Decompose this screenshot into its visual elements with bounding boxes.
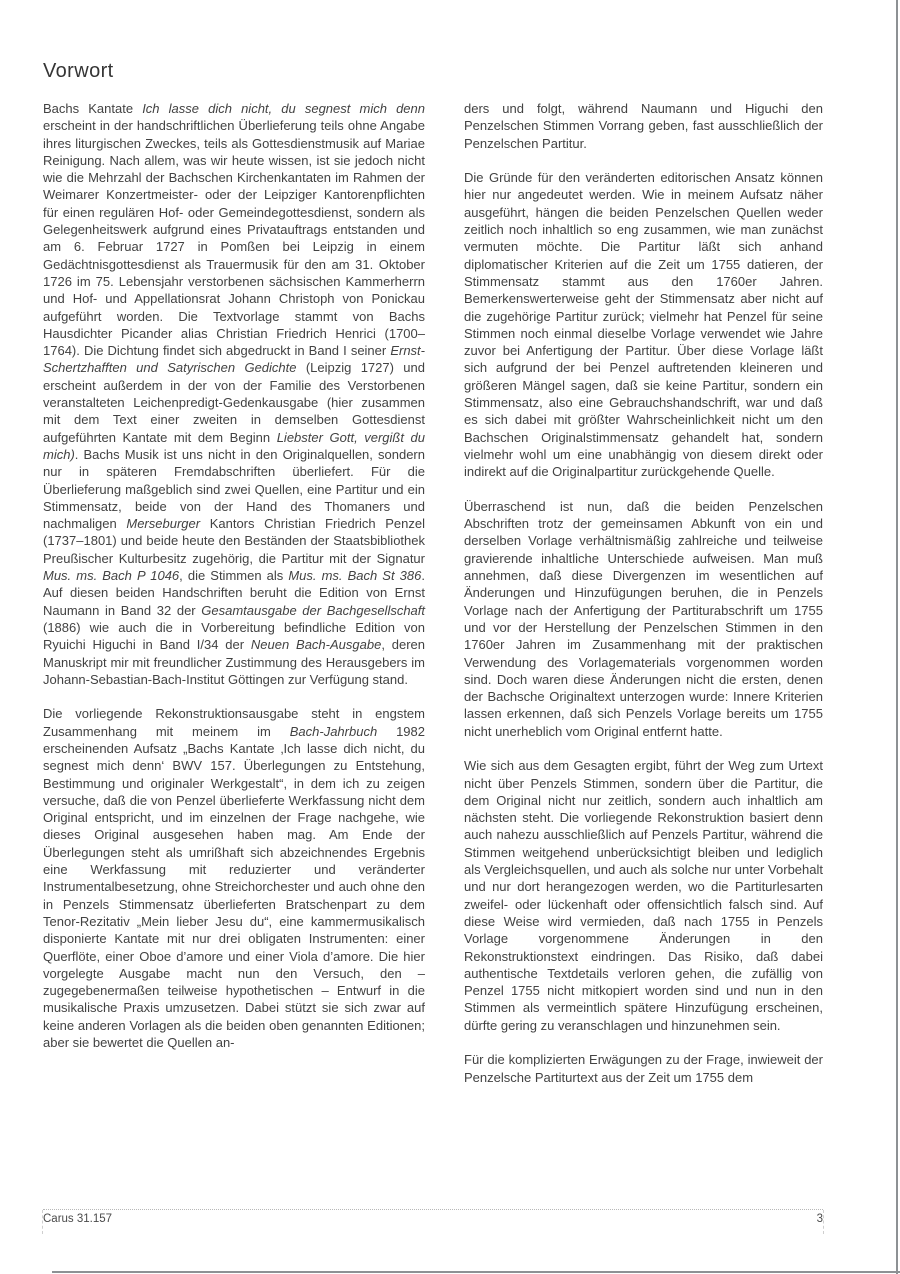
paragraph: Für die komplizierten Erwägungen zu der … [464, 1051, 823, 1086]
text-segment: ders und folgt, während Naumann und Higu… [464, 101, 823, 151]
text-segment: erscheint in der handschriftlichen Überl… [43, 118, 425, 358]
text-segment: Bachs Kantate [43, 101, 142, 116]
edition-number: Carus 31.157 [43, 1212, 112, 1226]
paragraph: Überraschend ist nun, daß die beiden Pen… [464, 498, 823, 740]
text-segment: 1982 erscheinenden Aufsatz „Bachs Kantat… [43, 724, 425, 1050]
text-segment: Wie sich aus dem Gesagten ergibt, führt … [464, 758, 823, 1032]
paragraph: ders und folgt, während Naumann und Higu… [464, 100, 823, 152]
page-footer: Carus 31.157 3 [43, 1209, 823, 1226]
paragraph: Wie sich aus dem Gesagten ergibt, führt … [464, 757, 823, 1034]
text-segment: Für die komplizierten Erwägungen zu der … [464, 1052, 823, 1084]
italic-text-segment: Gesamtausgabe der Bachgesellschaft [201, 603, 425, 618]
crop-mark-right [823, 1210, 824, 1234]
crop-mark-left [42, 1210, 43, 1234]
page-title: Vorwort [43, 60, 823, 82]
paragraph: Die Gründe für den veränderten editorisc… [464, 169, 823, 480]
text-segment: Die Gründe für den veränderten editorisc… [464, 170, 823, 479]
text-columns: Bachs Kantate Ich lasse dich nicht, du s… [43, 100, 823, 1086]
page-content: Vorwort Bachs Kantate Ich lasse dich nic… [43, 60, 823, 1086]
italic-text-segment: Bach-Jahrbuch [290, 724, 377, 739]
italic-text-segment: Merseburger [126, 516, 200, 531]
text-segment: Überraschend ist nun, daß die beiden Pen… [464, 499, 823, 739]
italic-text-segment: Neuen Bach-Ausgabe [251, 637, 381, 652]
italic-text-segment: Mus. ms. Bach P 1046 [43, 568, 179, 583]
italic-text-segment: Ich lasse dich nicht, du segnest mich de… [142, 101, 425, 116]
paragraph: Die vorliegende Rekonstruktionsausgabe s… [43, 705, 425, 1051]
document-page: Vorwort Bachs Kantate Ich lasse dich nic… [0, 0, 900, 1274]
paragraph: Bachs Kantate Ich lasse dich nicht, du s… [43, 100, 425, 688]
page-edge-bottom [52, 1271, 900, 1273]
text-segment: , die Stimmen als [179, 568, 288, 583]
italic-text-segment: Mus. ms. Bach St 386 [288, 568, 421, 583]
right-column: ders und folgt, während Naumann und Higu… [464, 100, 823, 1086]
left-column: Bachs Kantate Ich lasse dich nicht, du s… [43, 100, 425, 1086]
footer-row: Carus 31.157 3 [43, 1210, 823, 1226]
page-edge-right [896, 0, 898, 1274]
